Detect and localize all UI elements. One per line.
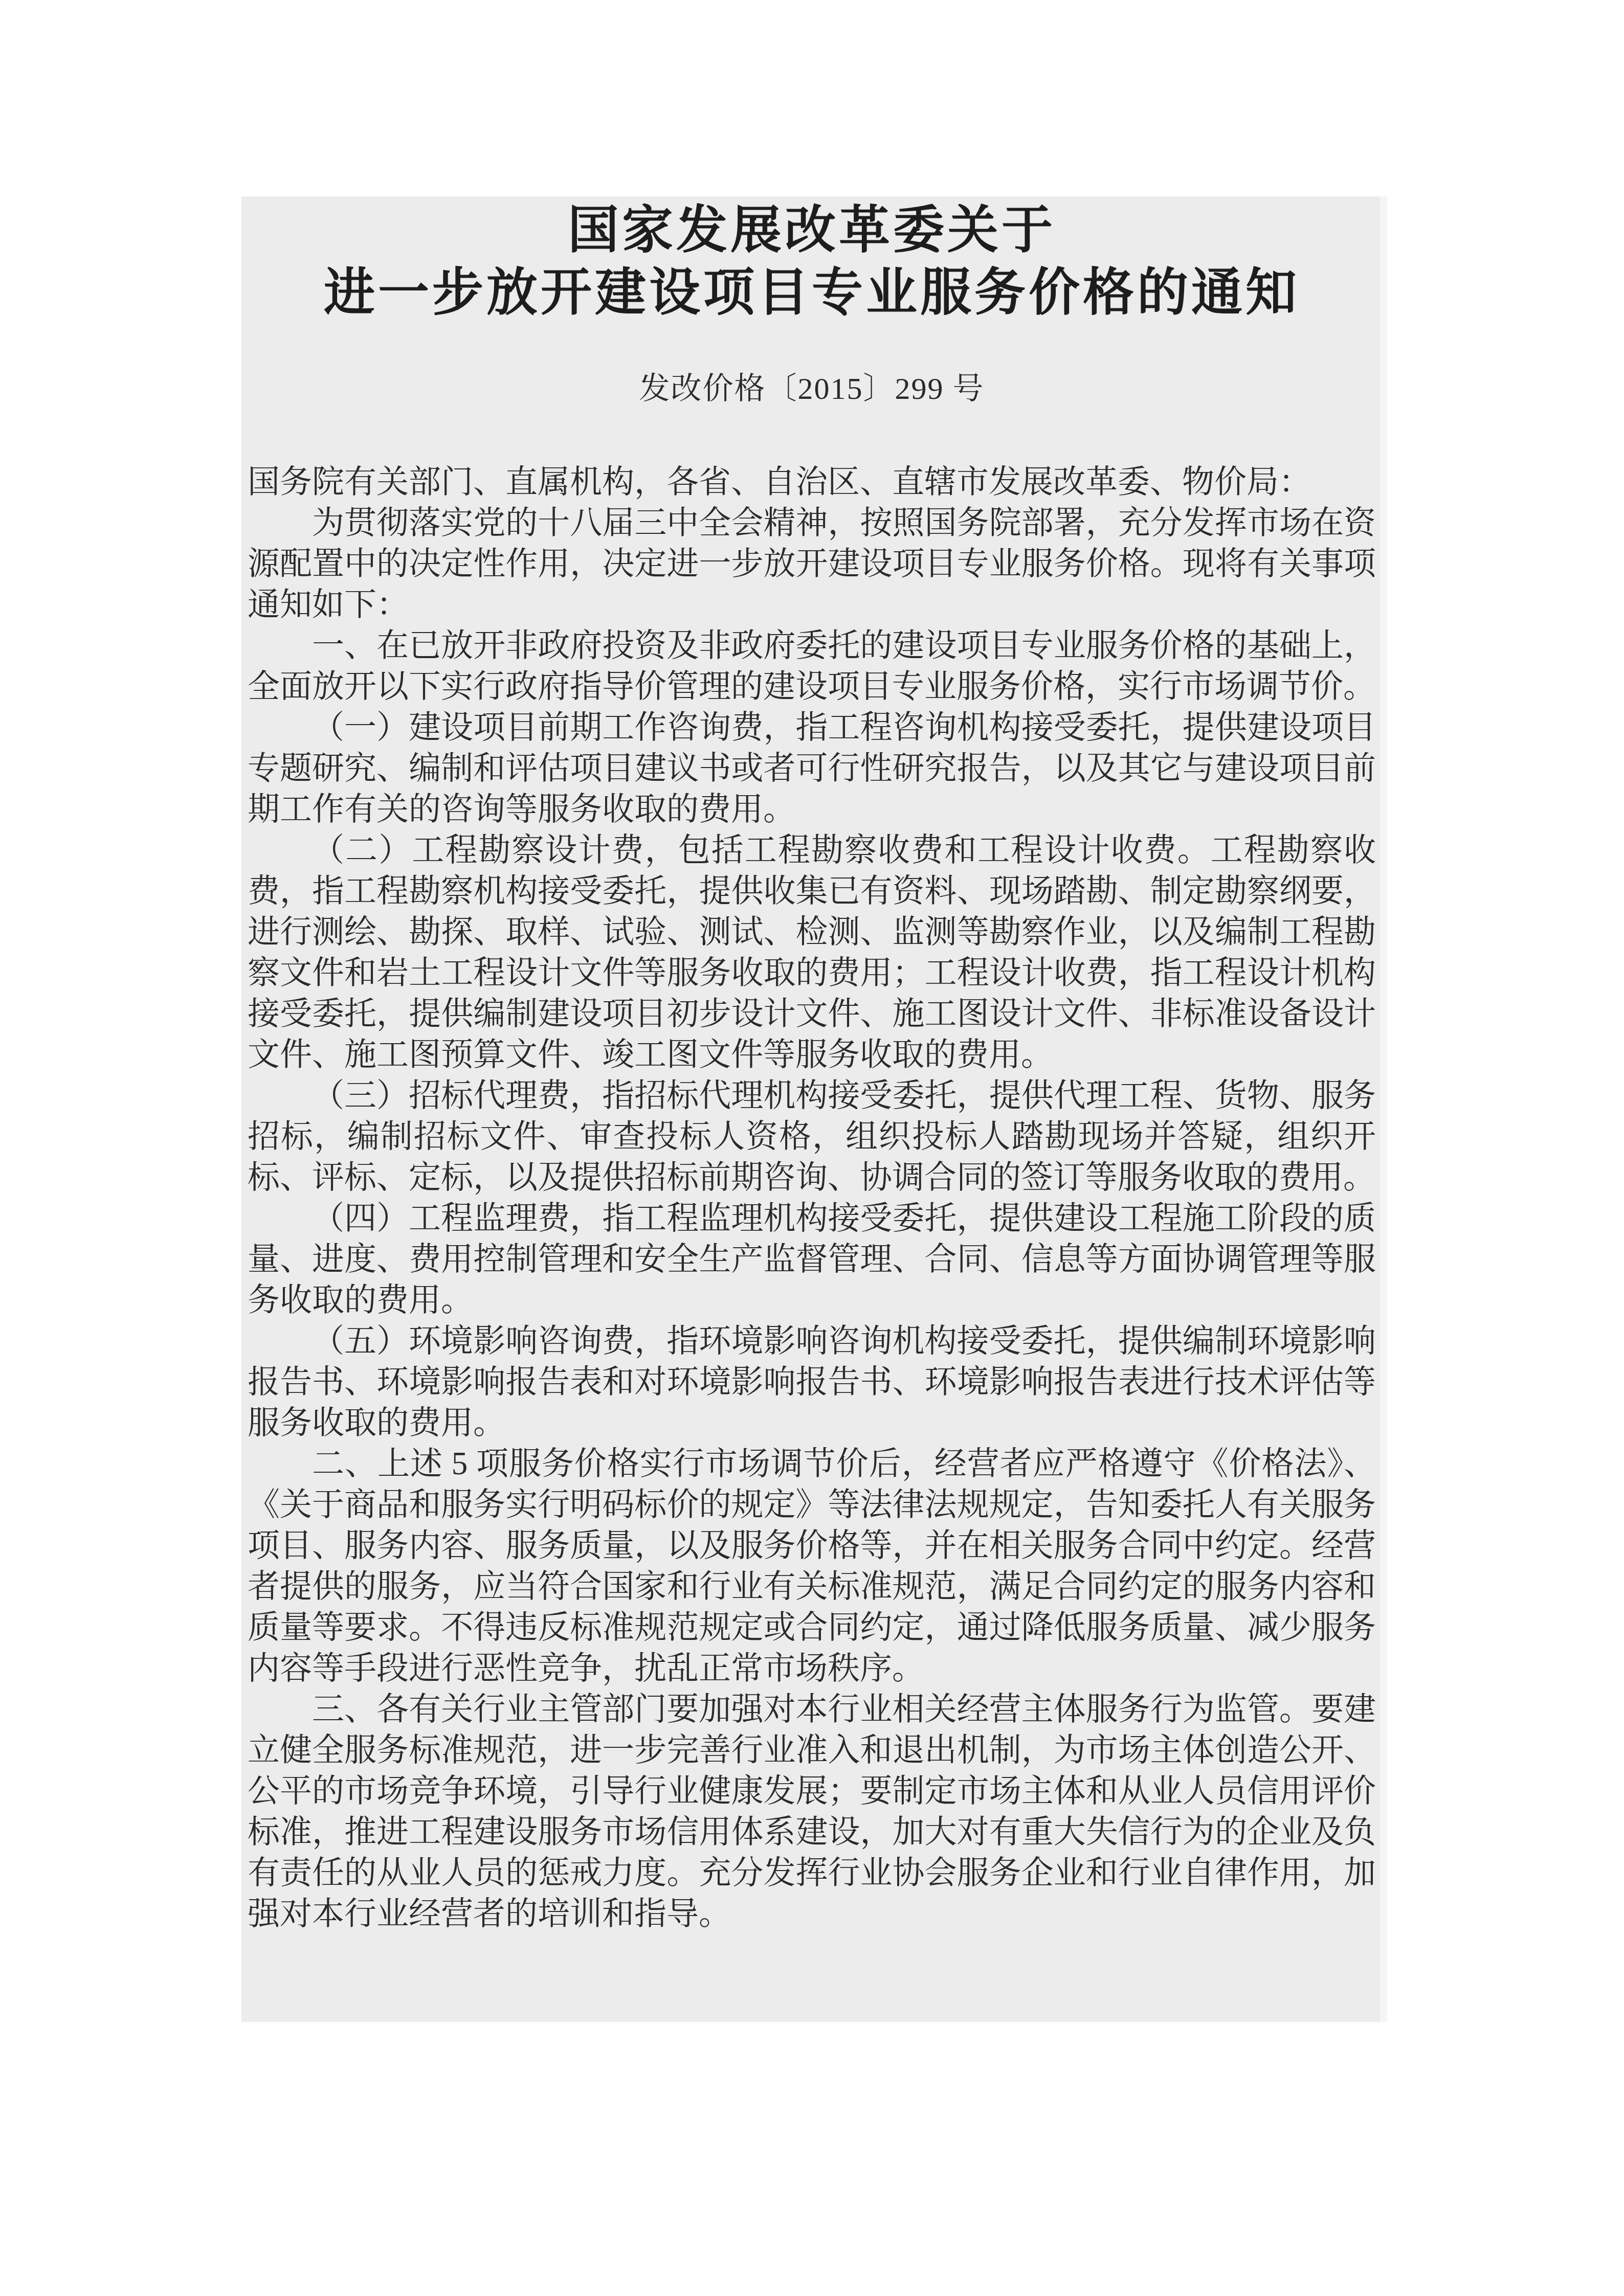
document-page: 国家发展改革委关于 进一步放开建设项目专业服务价格的通知 发改价格〔2015〕2… xyxy=(241,196,1387,2022)
paragraph-item-1-3: （三）招标代理费，指招标代理机构接受委托，提供代理工程、货物、服务招标，编制招标… xyxy=(248,1075,1376,1198)
paragraph-preamble: 为贯彻落实党的十八届三中全会精神，按照国务院部署，充分发挥市场在资源配置中的决定… xyxy=(248,502,1376,625)
paragraph-item-1-4: （四）工程监理费，指工程监理机构接受委托，提供建设工程施工阶段的质量、进度、费用… xyxy=(248,1198,1376,1320)
document-body: 国务院有关部门、直属机构，各省、自治区、直辖市发展改革委、物价局： 为贯彻落实党… xyxy=(248,461,1376,1934)
document-title-line2: 进一步放开建设项目专业服务价格的通知 xyxy=(248,262,1376,324)
paragraph-item-1-1: （一）建设项目前期工作咨询费，指工程咨询机构接受委托，提供建设项目专题研究、编制… xyxy=(248,707,1376,829)
paragraph-item-1: 一、在已放开非政府投资及非政府委托的建设项目专业服务价格的基础上，全面放开以下实… xyxy=(248,625,1376,707)
document-title-line1: 国家发展改革委关于 xyxy=(248,199,1376,262)
paragraph-item-1-2: （二）工程勘察设计费，包括工程勘察收费和工程设计收费。工程勘察收费，指工程勘察机… xyxy=(248,829,1376,1075)
paragraph-addressee: 国务院有关部门、直属机构，各省、自治区、直辖市发展改革委、物价局： xyxy=(248,461,1376,502)
document-title: 国家发展改革委关于 进一步放开建设项目专业服务价格的通知 xyxy=(248,199,1376,324)
paragraph-item-1-5: （五）环境影响咨询费，指环境影响咨询机构接受委托，提供编制环境影响报告书、环境影… xyxy=(248,1320,1376,1443)
paragraph-item-2: 二、上述 5 项服务价格实行市场调节价后，经营者应严格遵守《价格法》、《关于商品… xyxy=(248,1443,1376,1689)
paragraph-item-3: 三、各有关行业主管部门要加强对本行业相关经营主体服务行为监管。要建立健全服务标准… xyxy=(248,1689,1376,1934)
document-number: 发改价格〔2015〕299 号 xyxy=(248,368,1376,409)
page: { "page": { "background_color": "#ffffff… xyxy=(0,0,1624,2296)
